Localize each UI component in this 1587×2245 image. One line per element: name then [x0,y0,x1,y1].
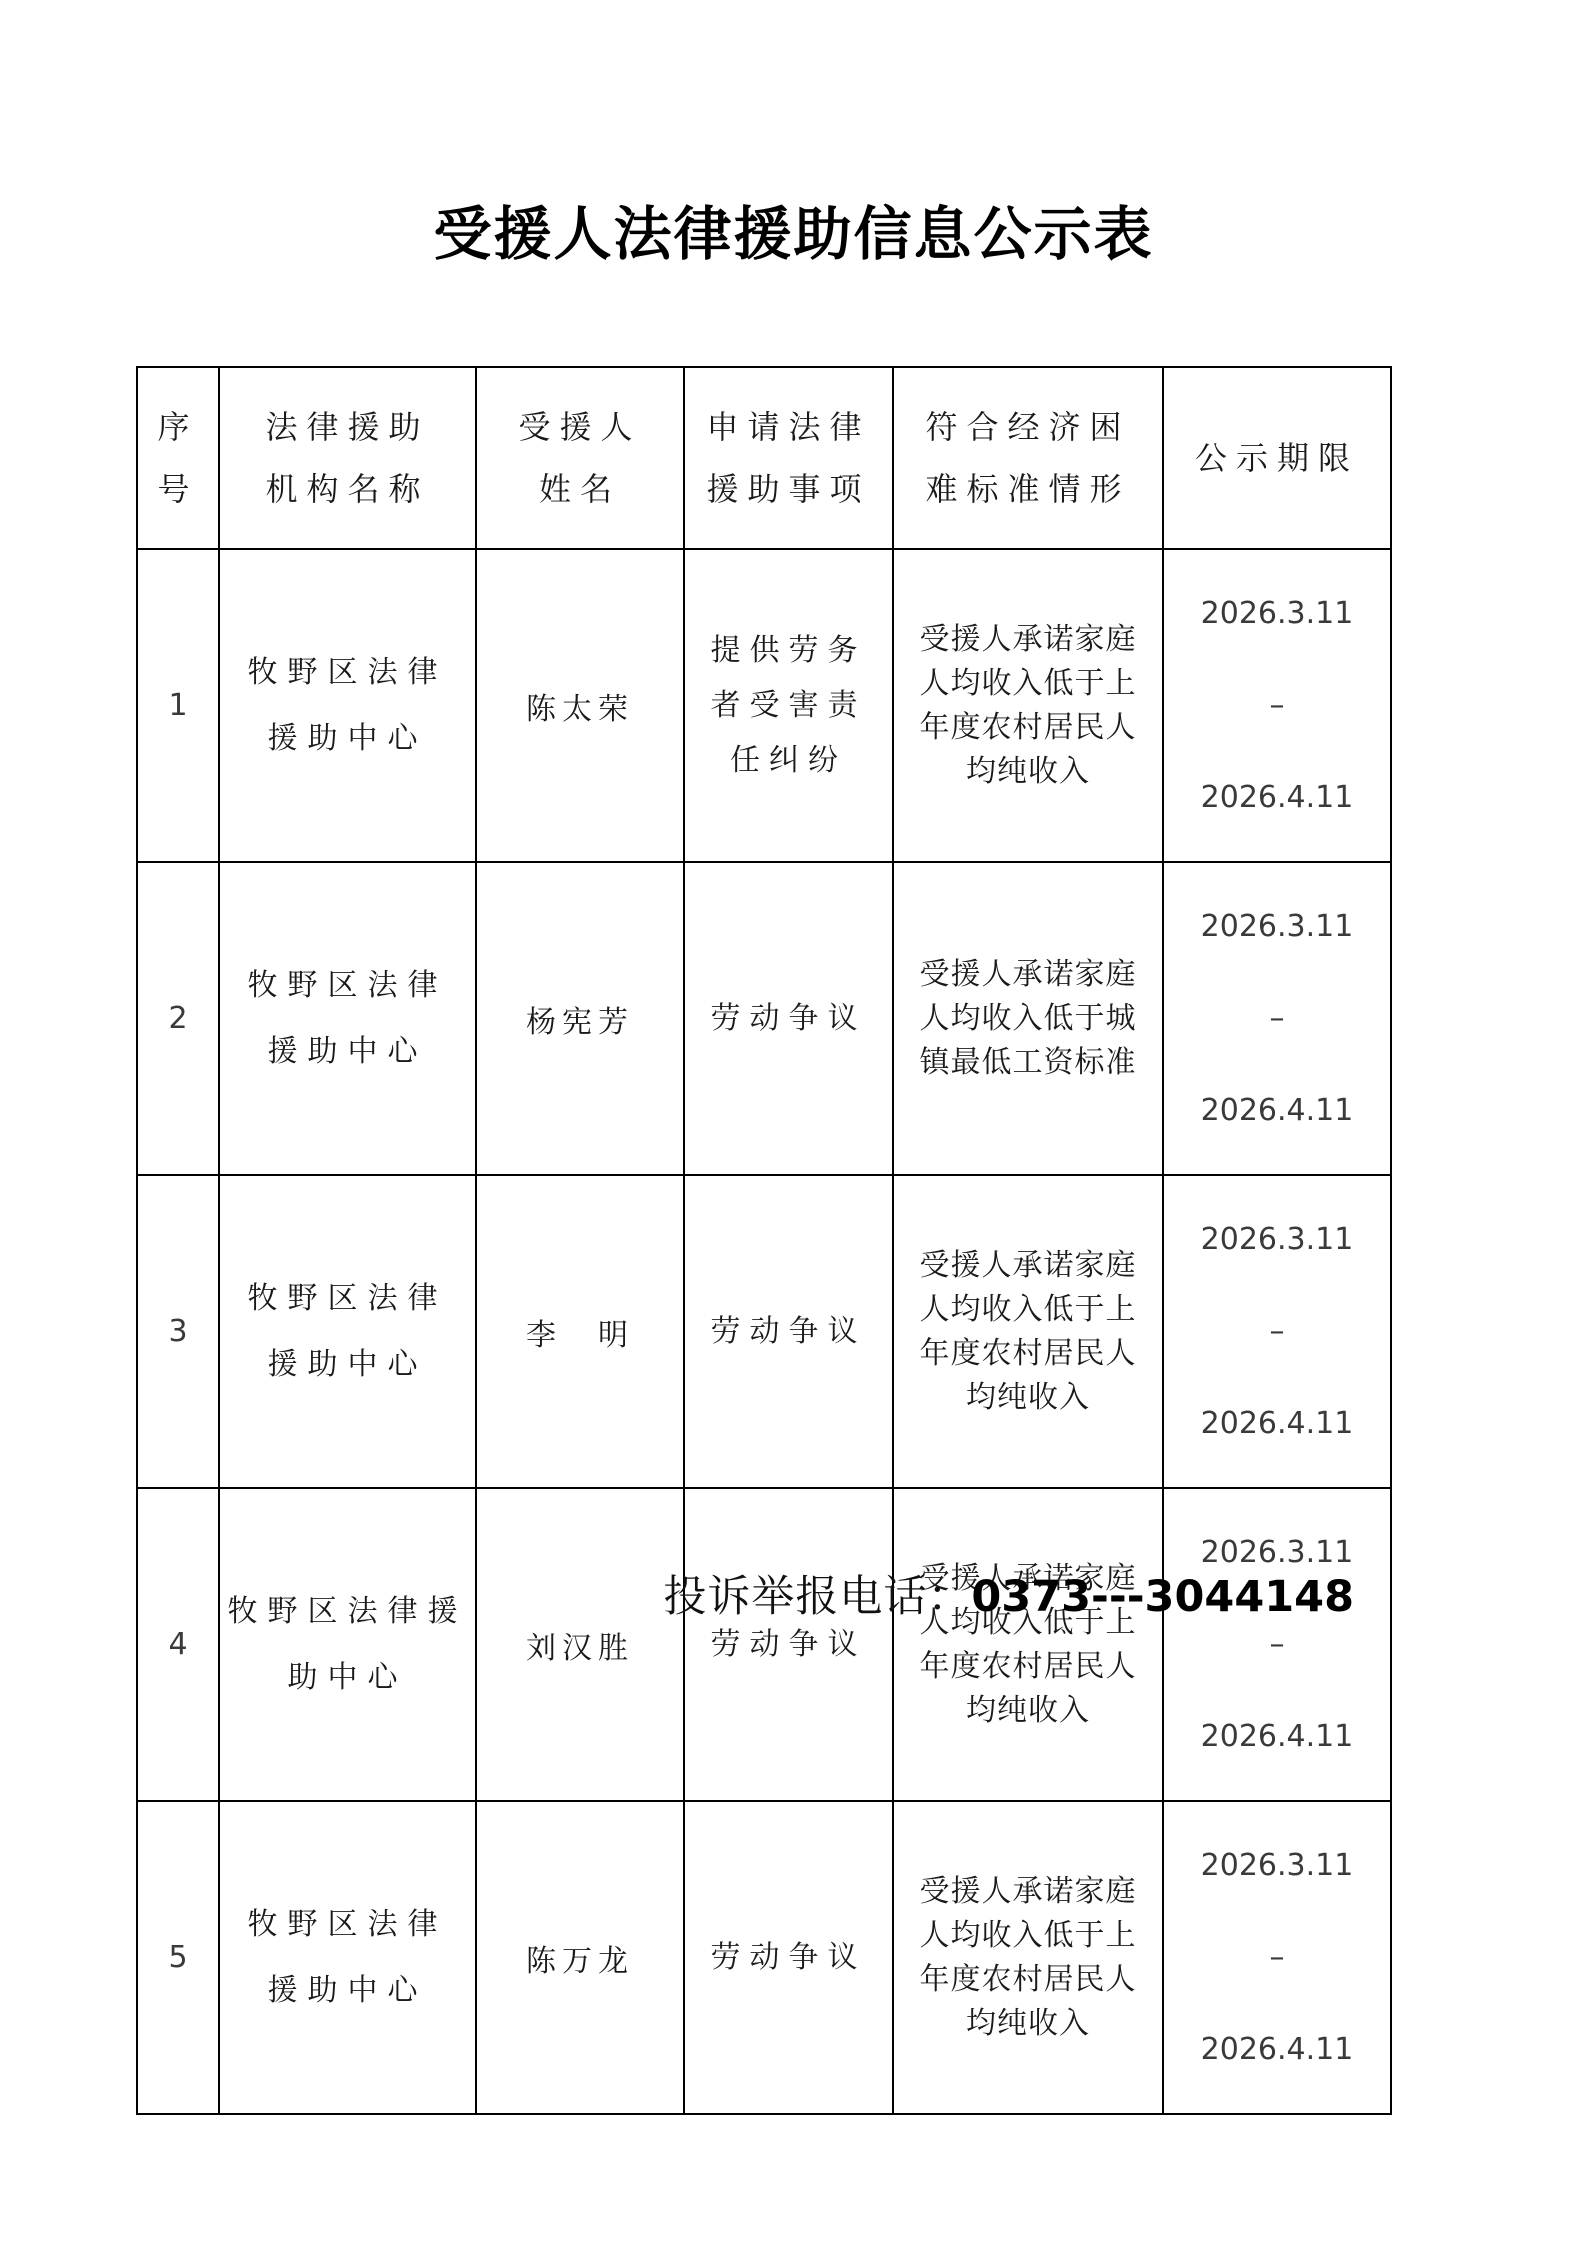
cell-institution: 牧野区法律 援助中心 [219,1175,476,1488]
period-start-date: 2026.3.11 [1164,585,1390,642]
table-row: 1 牧野区法律 援助中心 陈太荣 提供劳务 者受害责 任纠纷 受援人承诺家庭 人… [137,549,1391,862]
table-row: 4 牧野区法律援 助中心 刘汉胜 劳动争议 受援人承诺家庭 人均收入低于上 年度… [137,1488,1391,1801]
cell-serial-number: 4 [137,1488,219,1801]
cell-publicity-period: 2026.3.11 – 2026.4.11 [1163,1175,1391,1488]
header-aid-matter: 申请法律 援助事项 [684,367,893,549]
header-recipient-name: 受援人 姓名 [476,367,684,549]
period-end-date: 2026.4.11 [1164,1708,1390,1765]
cell-economic-criteria: 受援人承诺家庭 人均收入低于上 年度农村居民人 均纯收入 [893,549,1163,862]
complaint-hotline: 投诉举报电话：0373---3044148 [136,1568,1390,1627]
cell-recipient-name: 陈太荣 [476,549,684,862]
page-title: 受援人法律援助信息公示表 [0,200,1587,270]
cell-aid-matter: 提供劳务 者受害责 任纠纷 [684,549,893,862]
period-dash: – [1164,677,1390,734]
cell-publicity-period: 2026.3.11 – 2026.4.11 [1163,1801,1391,2114]
cell-aid-matter: 劳动争议 [684,1801,893,2114]
cell-economic-criteria: 受援人承诺家庭 人均收入低于上 年度农村居民人 均纯收入 [893,1801,1163,2114]
period-start-date: 2026.3.11 [1164,898,1390,955]
cell-recipient-name: 李 明 [476,1175,684,1488]
table-row: 2 牧野区法律 援助中心 杨宪芳 劳动争议 受援人承诺家庭 人均收入低于城 镇最… [137,862,1391,1175]
header-serial-number: 序 号 [137,367,219,549]
table-header-row: 序 号 法律援助 机构名称 受援人 姓名 申请法律 援助事项 符合经济困 难标准… [137,367,1391,549]
period-dash: – [1164,990,1390,1047]
cell-recipient-name: 刘汉胜 [476,1488,684,1801]
period-dash: – [1164,1303,1390,1360]
cell-institution: 牧野区法律 援助中心 [219,862,476,1175]
period-end-date: 2026.4.11 [1164,1082,1390,1139]
document-page: { "title": "受援人法律援助信息公示表", "table": { "h… [0,0,1587,2245]
cell-publicity-period: 2026.3.11 – 2026.4.11 [1163,862,1391,1175]
cell-economic-criteria: 受援人承诺家庭 人均收入低于城 镇最低工资标准 [893,862,1163,1175]
cell-economic-criteria: 受援人承诺家庭 人均收入低于上 年度农村居民人 均纯收入 [893,1175,1163,1488]
legal-aid-table: 序 号 法律援助 机构名称 受援人 姓名 申请法律 援助事项 符合经济困 难标准… [136,366,1392,2115]
header-publicity-period: 公示期限 [1163,367,1391,549]
period-end-date: 2026.4.11 [1164,2021,1390,2078]
complaint-hotline-number: 0373---3044148 [971,1572,1354,1622]
period-end-date: 2026.4.11 [1164,769,1390,826]
cell-recipient-name: 杨宪芳 [476,862,684,1175]
period-end-date: 2026.4.11 [1164,1395,1390,1452]
cell-institution: 牧野区法律 援助中心 [219,1801,476,2114]
period-start-date: 2026.3.11 [1164,1211,1390,1268]
cell-publicity-period: 2026.3.11 – 2026.4.11 [1163,1488,1391,1801]
cell-economic-criteria: 受援人承诺家庭 人均收入低于上 年度农村居民人 均纯收入 [893,1488,1163,1801]
cell-institution: 牧野区法律援 助中心 [219,1488,476,1801]
complaint-hotline-label: 投诉举报电话： [663,1574,971,1621]
cell-aid-matter: 劳动争议 [684,862,893,1175]
cell-recipient-name: 陈万龙 [476,1801,684,2114]
header-economic-criteria: 符合经济困 难标准情形 [893,367,1163,549]
cell-publicity-period: 2026.3.11 – 2026.4.11 [1163,549,1391,862]
cell-aid-matter: 劳动争议 [684,1488,893,1801]
table-row: 3 牧野区法律 援助中心 李 明 劳动争议 受援人承诺家庭 人均收入低于上 年度… [137,1175,1391,1488]
cell-serial-number: 3 [137,1175,219,1488]
period-dash: – [1164,1929,1390,1986]
cell-serial-number: 5 [137,1801,219,2114]
cell-aid-matter: 劳动争议 [684,1175,893,1488]
cell-serial-number: 1 [137,549,219,862]
cell-serial-number: 2 [137,862,219,1175]
table-row: 5 牧野区法律 援助中心 陈万龙 劳动争议 受援人承诺家庭 人均收入低于上 年度… [137,1801,1391,2114]
cell-institution: 牧野区法律 援助中心 [219,549,476,862]
period-start-date: 2026.3.11 [1164,1837,1390,1894]
header-institution: 法律援助 机构名称 [219,367,476,549]
